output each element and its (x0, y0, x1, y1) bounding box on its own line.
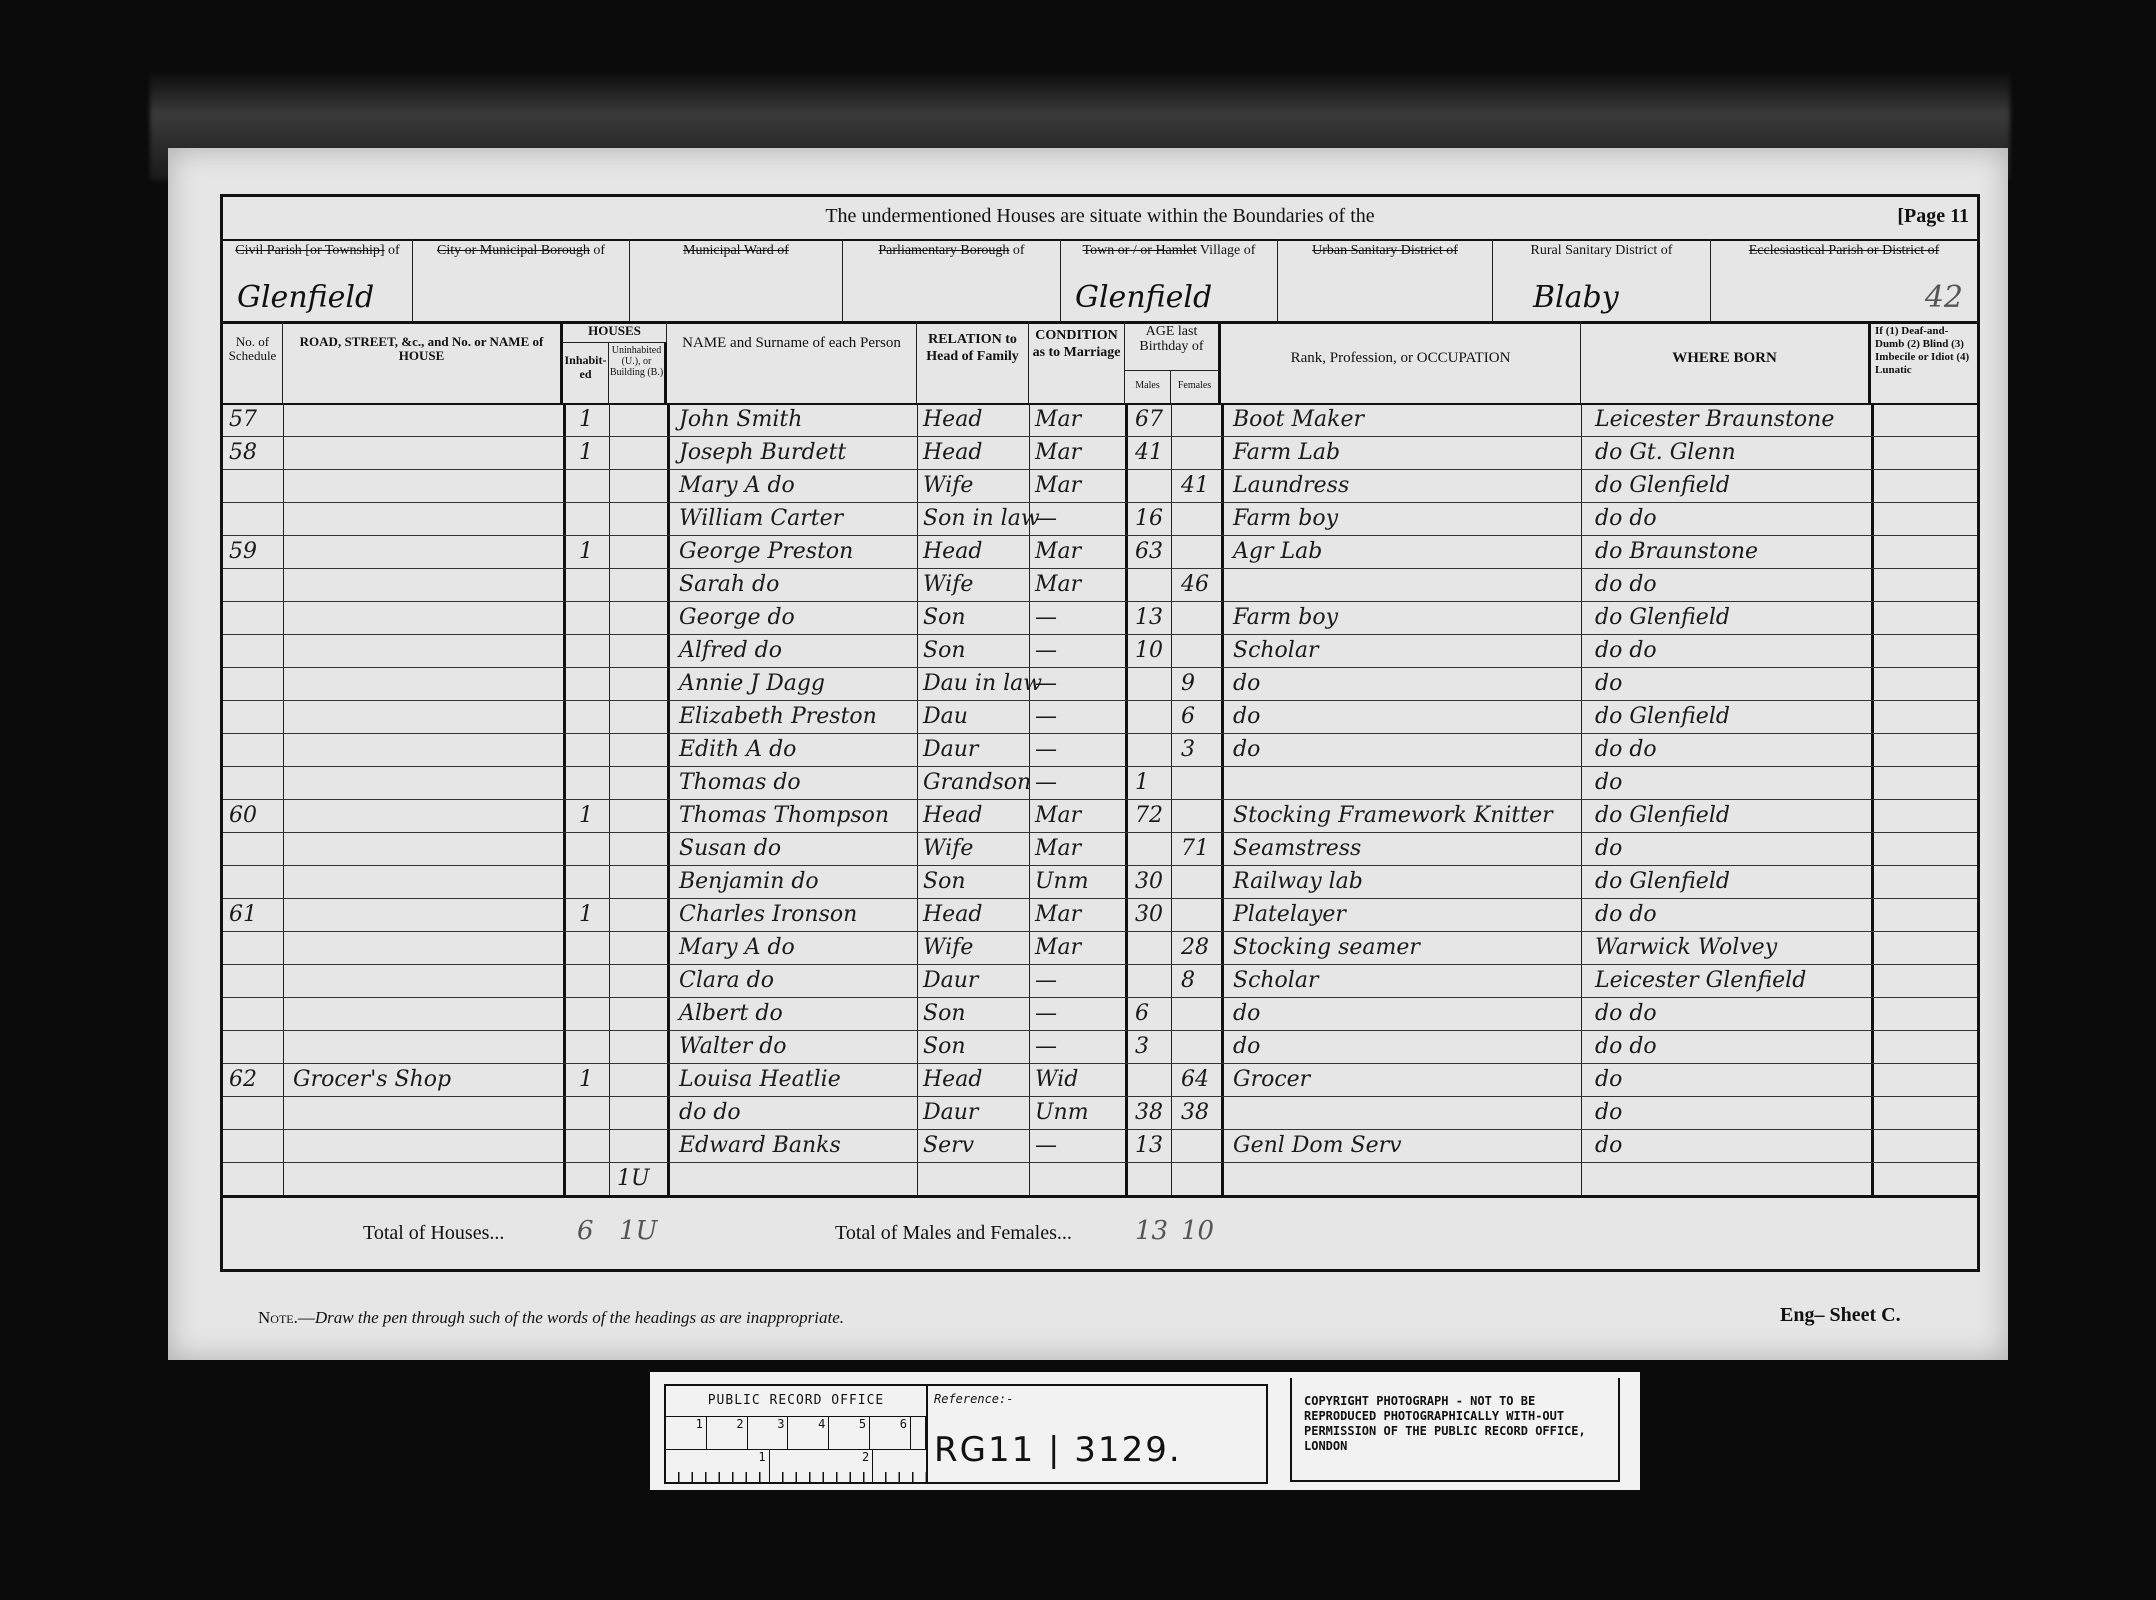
person-name: do do (679, 1096, 741, 1129)
occupation: Agr Lab (1233, 535, 1322, 568)
relation: Son (923, 1030, 966, 1063)
relation: Head (923, 799, 982, 832)
header-infirmity: If (1) Deaf-and-Dumb (2) Blind (3) Imbec… (1871, 321, 1977, 403)
reference-box: Reference:- RG11 | 3129. (926, 1384, 1268, 1484)
person-name: Alfred do (679, 634, 782, 667)
total-uninhabited: 1U (619, 1216, 657, 1246)
where-born: Leicester Braunstone (1595, 403, 1834, 436)
header-road: ROAD, STREET, &c., and No. or NAME of HO… (283, 321, 563, 403)
page-number: [Page 11 (1897, 205, 1969, 228)
table-row: William CarterSon in law—16Farm boydo do (223, 502, 1977, 536)
inhabited-count: 1 (579, 403, 593, 436)
condition: Mar (1035, 568, 1081, 601)
person-name: Louisa Heatlie (679, 1063, 841, 1096)
occupation: do (1233, 997, 1260, 1030)
relation: Head (923, 436, 982, 469)
table-row: Clara doDaur—8ScholarLeicester Glenfield (223, 964, 1977, 998)
condition: — (1035, 601, 1057, 634)
relation: Son (923, 865, 966, 898)
occupation: Boot Maker (1233, 403, 1364, 436)
ecclesiastical-parish-value: 42 (1925, 280, 1963, 315)
relation: Head (923, 898, 982, 931)
schedule-number: 60 (229, 799, 257, 832)
condition: — (1035, 1030, 1057, 1063)
person-name: Edward Banks (679, 1129, 841, 1162)
ecclesiastical-parish-cell: Ecclesiastical Parish or District of 42 (1711, 239, 1977, 321)
header-uninhabited: Uninhabited (U.), or Building (B.) (609, 343, 667, 403)
condition: Mar (1035, 436, 1081, 469)
header-females: Females (1171, 371, 1221, 403)
table-row: Walter doSon—3dodo do (223, 1030, 1977, 1064)
where-born: do (1595, 1096, 1622, 1129)
condition: Mar (1035, 535, 1081, 568)
male-age: 3 (1135, 1030, 1149, 1063)
relation: Wife (923, 469, 973, 502)
title-row: The undermentioned Houses are situate wi… (223, 197, 1977, 241)
condition: Mar (1035, 832, 1081, 865)
header-age: AGE last Birthday of (1125, 321, 1221, 371)
occupation: Platelayer (1233, 898, 1346, 931)
village-cell: Town or / or Hamlet Village of Glenfield (1061, 239, 1278, 321)
person-name: William Carter (679, 502, 843, 535)
where-born: do do (1595, 502, 1657, 535)
census-page: The undermentioned Houses are situate wi… (168, 148, 2008, 1360)
header-name: NAME and Surname of each Person (667, 321, 917, 403)
total-inhabited: 6 (577, 1216, 594, 1246)
uninhabited-count: 1U (617, 1162, 650, 1195)
where-born: do (1595, 1063, 1622, 1096)
header-occupation: Rank, Profession, or OCCUPATION (1221, 321, 1581, 403)
inhabited-count: 1 (579, 436, 593, 469)
person-name: Thomas do (679, 766, 801, 799)
person-name: Clara do (679, 964, 774, 997)
total-females: 10 (1181, 1216, 1214, 1246)
female-age: 9 (1181, 667, 1195, 700)
occupation: do (1233, 700, 1260, 733)
rural-sanitary-value: Blaby (1533, 280, 1619, 315)
person-name: John Smith (679, 403, 802, 436)
column-header-row: No. of Schedule ROAD, STREET, &c., and N… (223, 321, 1977, 405)
where-born: do do (1595, 1030, 1657, 1063)
relation: Serv (923, 1129, 974, 1162)
male-age: 63 (1135, 535, 1163, 568)
occupation: Stocking Framework Knitter (1233, 799, 1553, 832)
condition: Mar (1035, 799, 1081, 832)
occupation: Farm boy (1233, 601, 1338, 634)
form-title: The undermentioned Houses are situate wi… (223, 205, 1977, 228)
female-age: 38 (1181, 1096, 1209, 1129)
household-rows: 571John SmithHeadMar67Boot MakerLeiceste… (223, 403, 1977, 1195)
header-houses: HOUSES (563, 321, 667, 343)
male-age: 67 (1135, 403, 1163, 436)
copyright-notice: COPYRIGHT PHOTOGRAPH - NOT TO BE REPRODU… (1290, 1378, 1620, 1482)
reference-label: Reference:- (934, 1392, 1013, 1406)
male-age: 6 (1135, 997, 1149, 1030)
relation: Head (923, 1063, 982, 1096)
where-born: do (1595, 1129, 1622, 1162)
person-name: Annie J Dagg (679, 667, 825, 700)
occupation: Farm boy (1233, 502, 1338, 535)
male-age: 13 (1135, 601, 1163, 634)
person-name: Mary A do (679, 469, 795, 502)
rural-sanitary-cell: Rural Sanitary District of Blaby (1493, 239, 1711, 321)
relation: Son (923, 634, 966, 667)
public-record-office-strip: PUBLIC RECORD OFFICE 1 2 3 4 5 6 1 2 Ref… (650, 1372, 1640, 1490)
condition: Wid (1035, 1063, 1078, 1096)
where-born: do Gt. Glenn (1595, 436, 1736, 469)
schedule-number: 59 (229, 535, 257, 568)
table-row: Susan doWifeMar71Seamstressdo (223, 832, 1977, 866)
relation: Daur (923, 1096, 978, 1129)
relation: Son (923, 601, 966, 634)
header-relation: RELATION to Head of Family (917, 321, 1029, 403)
table-row: Elizabeth PrestonDau—6dodo Glenfield (223, 700, 1977, 734)
where-born: do Glenfield (1595, 799, 1730, 832)
condition: — (1035, 502, 1057, 535)
relation: Son (923, 997, 966, 1030)
where-born: do do (1595, 568, 1657, 601)
schedule-number: 62 (229, 1063, 257, 1096)
table-row: Mary A doWifeMar41Laundressdo Glenfield (223, 469, 1977, 503)
table-row: Edward BanksServ—13Genl Dom Servdo (223, 1129, 1977, 1163)
relation: Wife (923, 832, 973, 865)
male-age: 1 (1135, 766, 1149, 799)
occupation: Seamstress (1233, 832, 1361, 865)
inhabited-count: 1 (579, 535, 593, 568)
person-name: Mary A do (679, 931, 795, 964)
schedule-number: 58 (229, 436, 257, 469)
relation: Head (923, 403, 982, 436)
inhabited-count: 1 (579, 898, 593, 931)
person-name: Edith A do (679, 733, 796, 766)
condition: — (1035, 634, 1057, 667)
condition: — (1035, 700, 1057, 733)
condition: — (1035, 964, 1057, 997)
table-row: 62Grocer's Shop1Louisa HeatlieHeadWid64G… (223, 1063, 1977, 1097)
occupation: Scholar (1233, 964, 1318, 997)
header-schedule: No. of Schedule (223, 321, 283, 403)
male-age: 30 (1135, 865, 1163, 898)
table-row: Benjamin doSonUnm30Railway labdo Glenfie… (223, 865, 1977, 899)
table-row: Edith A doDaur—3dodo do (223, 733, 1977, 767)
person-name: George do (679, 601, 795, 634)
female-age: 6 (1181, 700, 1195, 733)
condition: — (1035, 1129, 1057, 1162)
inch-scale: 1 2 (666, 1450, 926, 1482)
table-row: Alfred doSon—10Scholardo do (223, 634, 1977, 668)
occupation: Railway lab (1233, 865, 1363, 898)
condition: Mar (1035, 403, 1081, 436)
where-born: do (1595, 667, 1622, 700)
table-row: do doDaurUnm3838do (223, 1096, 1977, 1130)
relation: Dau in law (923, 667, 1042, 700)
male-age: 38 (1135, 1096, 1163, 1129)
person-name: Albert do (679, 997, 783, 1030)
header-inhabited: Inhabit-ed (563, 343, 609, 403)
table-row: 581Joseph BurdettHeadMar41Farm Labdo Gt.… (223, 436, 1977, 470)
total-persons-label: Total of Males and Females... (835, 1222, 1072, 1245)
municipal-ward-cell: Municipal Ward of (630, 239, 843, 321)
occupation: Scholar (1233, 634, 1318, 667)
female-age: 46 (1181, 568, 1209, 601)
schedule-number: 61 (229, 898, 257, 931)
condition: Unm (1035, 865, 1089, 898)
female-age: 71 (1181, 832, 1209, 865)
village-value: Glenfield (1075, 280, 1212, 315)
table-row: 1U (223, 1162, 1977, 1196)
male-age: 10 (1135, 634, 1163, 667)
where-born: do do (1595, 898, 1657, 931)
where-born: do Braunstone (1595, 535, 1758, 568)
table-row: Annie J DaggDau in law—9dodo (223, 667, 1977, 701)
occupation: Grocer (1233, 1063, 1310, 1096)
table-row: 611Charles IronsonHeadMar30Platelayerdo … (223, 898, 1977, 932)
table-row: Sarah doWifeMar46do do (223, 568, 1977, 602)
relation: Son in law (923, 502, 1040, 535)
occupation: do (1233, 1030, 1260, 1063)
civil-parish-cell: Civil Parish [or Township] of Glenfield (223, 239, 413, 321)
female-age: 3 (1181, 733, 1195, 766)
female-age: 28 (1181, 931, 1209, 964)
person-name: Susan do (679, 832, 781, 865)
where-born: do (1595, 766, 1622, 799)
reference-value: RG11 | 3129. (934, 1430, 1182, 1470)
relation: Grandson (923, 766, 1031, 799)
table-row: George doSon—13Farm boydo Glenfield (223, 601, 1977, 635)
road-name: Grocer's Shop (293, 1063, 451, 1096)
person-name: Sarah do (679, 568, 779, 601)
occupation: Laundress (1233, 469, 1349, 502)
male-age: 13 (1135, 1129, 1163, 1162)
female-age: 8 (1181, 964, 1195, 997)
total-males: 13 (1135, 1216, 1168, 1246)
relation: Daur (923, 964, 978, 997)
header-males: Males (1125, 371, 1171, 403)
where-born: Leicester Glenfield (1595, 964, 1806, 997)
female-age: 64 (1181, 1063, 1209, 1096)
civil-parish-value: Glenfield (237, 280, 374, 315)
condition: — (1035, 667, 1057, 700)
person-name: Charles Ironson (679, 898, 857, 931)
header-condition: CONDITION as to Marriage (1029, 321, 1125, 403)
scale-box: PUBLIC RECORD OFFICE 1 2 3 4 5 6 1 2 (664, 1384, 928, 1484)
person-name: Thomas Thompson (679, 799, 889, 832)
municipal-borough-cell: City or Municipal Borough of (413, 239, 630, 321)
table-row: 571John SmithHeadMar67Boot MakerLeiceste… (223, 403, 1977, 437)
where-born: do do (1595, 997, 1657, 1030)
relation: Head (923, 535, 982, 568)
total-houses-label: Total of Houses... (363, 1222, 504, 1245)
inhabited-count: 1 (579, 799, 593, 832)
table-row: Mary A doWifeMar28Stocking seamerWarwick… (223, 931, 1977, 965)
person-name: George Preston (679, 535, 853, 568)
census-form: The undermentioned Houses are situate wi… (220, 194, 1980, 1272)
male-age: 72 (1135, 799, 1163, 832)
parliamentary-borough-cell: Parliamentary Borough of (843, 239, 1061, 321)
condition: — (1035, 766, 1057, 799)
person-name: Walter do (679, 1030, 787, 1063)
table-row: 601Thomas ThompsonHeadMar72Stocking Fram… (223, 799, 1977, 833)
sheet-label: Eng– Sheet C. (1780, 1304, 1901, 1327)
schedule-number: 57 (229, 403, 257, 436)
condition: Mar (1035, 898, 1081, 931)
header-where-born: WHERE BORN (1581, 321, 1871, 403)
table-row: Albert doSon—6dodo do (223, 997, 1977, 1031)
person-name: Elizabeth Preston (679, 700, 877, 733)
relation: Dau (923, 700, 968, 733)
where-born: Warwick Wolvey (1595, 931, 1777, 964)
where-born: do Glenfield (1595, 469, 1730, 502)
totals-row: Total of Houses... 6 1U Total of Males a… (223, 1195, 1977, 1275)
female-age: 41 (1181, 469, 1209, 502)
person-name: Benjamin do (679, 865, 819, 898)
relation: Daur (923, 733, 978, 766)
male-age: 30 (1135, 898, 1163, 931)
urban-sanitary-cell: Urban Sanitary District of (1278, 239, 1493, 321)
table-row: Thomas doGrandson—1do (223, 766, 1977, 800)
male-age: 16 (1135, 502, 1163, 535)
where-born: do do (1595, 733, 1657, 766)
condition: — (1035, 733, 1057, 766)
office-label: PUBLIC RECORD OFFICE (666, 1386, 926, 1417)
boundary-row: Civil Parish [or Township] of Glenfield … (223, 239, 1977, 324)
condition: Mar (1035, 469, 1081, 502)
relation: Wife (923, 931, 973, 964)
table-row: 591George PrestonHeadMar63Agr Labdo Brau… (223, 535, 1977, 569)
condition: Unm (1035, 1096, 1089, 1129)
condition: — (1035, 997, 1057, 1030)
occupation: Genl Dom Serv (1233, 1129, 1402, 1162)
form-note: Note.—Draw the pen through such of the w… (258, 1308, 844, 1328)
occupation: do (1233, 733, 1260, 766)
where-born: do Glenfield (1595, 601, 1730, 634)
inhabited-count: 1 (579, 1063, 593, 1096)
where-born: do Glenfield (1595, 700, 1730, 733)
where-born: do Glenfield (1595, 865, 1730, 898)
occupation: Farm Lab (1233, 436, 1340, 469)
person-name: Joseph Burdett (679, 436, 846, 469)
condition: Mar (1035, 931, 1081, 964)
occupation: Stocking seamer (1233, 931, 1420, 964)
where-born: do do (1595, 634, 1657, 667)
relation: Wife (923, 568, 973, 601)
male-age: 41 (1135, 436, 1163, 469)
cm-scale: 1 2 3 4 5 6 (666, 1417, 926, 1450)
occupation: do (1233, 667, 1260, 700)
where-born: do (1595, 832, 1622, 865)
